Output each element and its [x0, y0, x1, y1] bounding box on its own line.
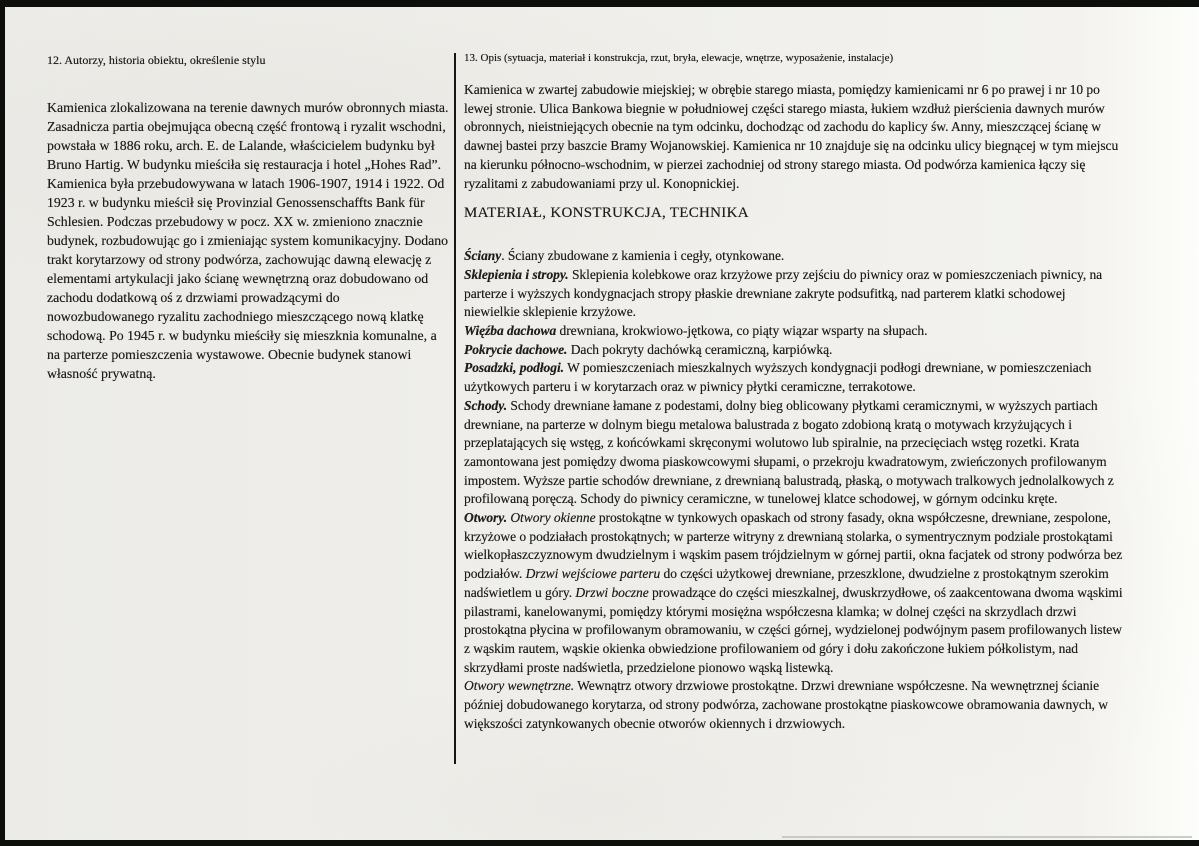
item-otwory-wewnetrzne: Otwory wewnętrzne. Wewnątrz otwory drzwi…: [464, 677, 1124, 733]
item-posadzki-podlogi: Posadzki, podłogi. W pomieszczeniach mie…: [464, 359, 1124, 396]
field-13-header: 13. Opis (sytuacja, materiał i konstrukc…: [464, 51, 1124, 65]
item-pokrycie-dachowe: Pokrycie dachowe. Dach pokryty dachówką …: [464, 341, 1124, 360]
column-divider-line: [454, 53, 456, 764]
item-otwory: Otwory. Otwory okienne prostokątne w tyn…: [464, 509, 1124, 677]
field-13-section: 13. Opis (sytuacja, materiał i konstrukc…: [464, 51, 1124, 734]
scan-edge-bottom: [0, 840, 1199, 846]
scanned-document-page: 12. Autorzy, historia obiektu, określeni…: [0, 0, 1199, 846]
situation-paragraph: Kamienica w zwartej zabudowie miejskiej;…: [464, 81, 1124, 193]
item-sciany: Ściany. Ściany zbudowane z kamienia i ce…: [464, 247, 1124, 266]
field-12-header: 12. Autorzy, historia obiektu, określeni…: [47, 53, 449, 67]
item-wiezba-dachowa: Więźba dachowa drewniana, krokwiowo-jętk…: [464, 322, 1124, 341]
field-12-body: Kamienica zlokalizowana na terenie dawny…: [47, 98, 449, 383]
scan-edge-top: [0, 0, 1199, 7]
item-sklepienia-stropy: Sklepienia i stropy. Sklepienia kolebkow…: [464, 266, 1124, 322]
material-items: Ściany. Ściany zbudowane z kamienia i ce…: [464, 247, 1124, 733]
scan-artifact-streak: [782, 836, 1192, 838]
field-12-section: 12. Autorzy, historia obiektu, określeni…: [47, 53, 449, 383]
item-schody: Schody. Schody drewniane łamane z podest…: [464, 397, 1124, 509]
material-section-title: MATERIAŁ, KONSTRUKCJA, TECHNIKA: [464, 204, 1124, 222]
scan-edge-left: [0, 0, 5, 846]
